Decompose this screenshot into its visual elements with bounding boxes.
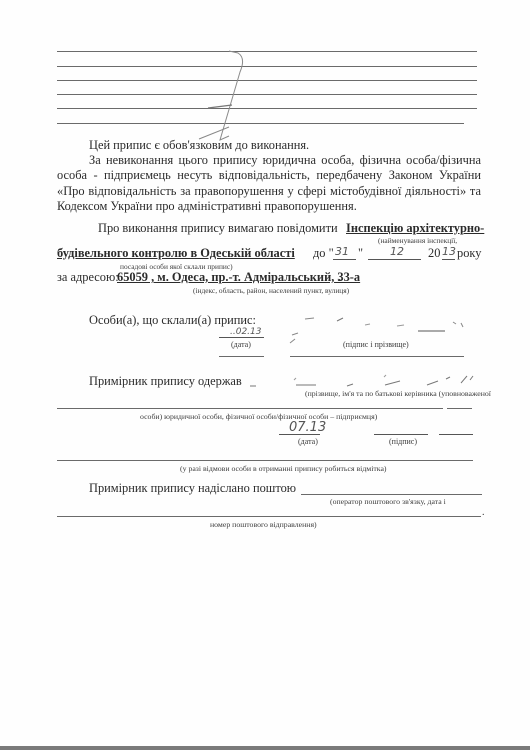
refusal-hint: (у разі відмови особи в отриманні припис… <box>180 464 387 473</box>
copy-received-hint-2: особи) юридичної особи, фізичної особи/ф… <box>140 412 377 421</box>
copy-mailed-operator-line <box>301 494 482 495</box>
copy-received-date-line <box>279 434 320 435</box>
copy-received-extra-line <box>439 434 473 435</box>
copy-mailed-hint-2: номер поштового відправлення) <box>210 520 317 529</box>
copy-mailed-label: Примірник припису надіслано поштою <box>89 481 296 496</box>
copy-mailed-hint-1: (оператор поштового зв'язку, дата і <box>330 497 446 506</box>
copy-received-date-caption: (дата) <box>298 437 318 446</box>
copy-received-handwriting <box>0 0 530 750</box>
copy-mailed-number-line <box>57 516 481 517</box>
copy-received-signature-line <box>374 434 428 435</box>
scanned-document-page: Цей припис є обов'язковим до виконання. … <box>0 0 530 750</box>
copy-received-line-end <box>447 408 472 409</box>
copy-mailed-line-end: . <box>482 508 485 517</box>
copy-received-signature-caption: (підпис) <box>389 437 417 446</box>
copy-received-date-value: 07.13 <box>289 420 326 435</box>
scan-bottom-edge <box>0 746 530 750</box>
copy-received-line <box>57 408 443 409</box>
refusal-line <box>57 460 473 461</box>
copy-received-hint-1: (прізвище, ім'я та по батькові керівника… <box>305 389 491 398</box>
